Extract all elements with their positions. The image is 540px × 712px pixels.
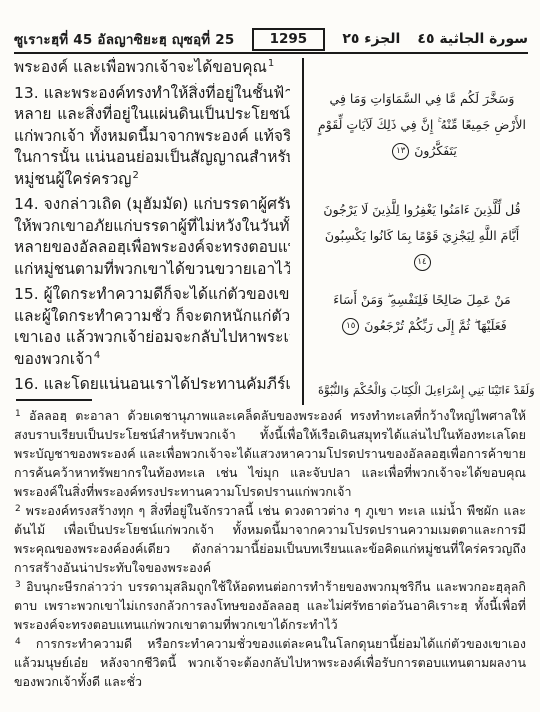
ayah-number-marker: ١٥ — [342, 318, 359, 335]
footnote-1: 1 อัลลอฮฺ ตะอาลา ด้วยเดชานุภาพและเคล็ดลั… — [14, 406, 526, 501]
thai-line: 15. ผู้ใดกระทำความดีก็จะได้แก่ตัวของเขาเ… — [14, 284, 290, 306]
quran-translation-page: ซูเราะฮฺที่ 45 อัลญาซิยะฮฺ ญุซอฺที่ 25 1… — [0, 0, 540, 712]
footnotes-separator — [16, 399, 92, 401]
surah-title-thai: ซูเราะฮฺที่ 45 อัลญาซิยะฮฺ ญุซอฺที่ 25 — [14, 28, 234, 50]
page-header: ซูเราะฮฺที่ 45 อัลญาซิยะฮฺ ญุซอฺที่ 25 1… — [14, 26, 528, 54]
thai-line: 13. และพระองค์ทรงทำให้สิ่งที่อยู่ในชั้นฟ… — [14, 83, 290, 105]
page-body: พระองค์ และเพื่อพวกเจ้าจะได้ขอบคุณ1 13. … — [14, 57, 528, 407]
verse-13-thai: 13. และพระองค์ทรงทำให้สิ่งที่อยู่ในชั้นฟ… — [14, 83, 290, 191]
verse-14-thai: 14. จงกล่าวเถิด (มุฮัมมัด) แก่บรรดาผู้ศร… — [14, 194, 290, 280]
footnotes-section: 1 อัลลอฮฺ ตะอาลา ด้วยเดชานุภาพและเคล็ดลั… — [14, 399, 526, 691]
verse-14-arabic: قُل لِّلَّذِينَ ءَامَنُوا يَغْفِرُوا لِل… — [304, 194, 528, 280]
thai-line: หลาย และสิ่งที่อยู่ในแผ่นดินเป็นประโยชน์ — [14, 104, 290, 126]
thai-line: และผู้ใดกระทำความชั่ว ก็จะตกหนักแก่ตัวขอ… — [14, 306, 290, 328]
thai-line: แก่หมู่ชนตามที่พวกเขาได้ขวนขวายเอาไว้3 — [14, 259, 290, 281]
surah-label-arabic: سورة الجاثية ٤٥ — [417, 31, 528, 47]
thai-line: ของพวกเจ้า4 — [14, 349, 290, 371]
page-number: 1295 — [252, 28, 326, 51]
verse-15-arabic: مَنْ عَمِلَ صَالِحًا فَلِنَفْسِهِ ۖ وَمَ… — [304, 284, 528, 370]
footnote-ref-1: 1 — [268, 58, 274, 69]
thai-line: 16. และโดยแน่นอนเราได้ประทานคัมภีร์และ — [14, 374, 290, 396]
footnote-2: 2 พระองค์ทรงสร้างทุก ๆ สิ่งที่อยู่ในจักร… — [14, 501, 526, 577]
footnote-ref-2: 2 — [133, 170, 139, 181]
thai-line: แก่พวกเจ้า ทั้งหมดนี้มาจากพระองค์ แท้จริ… — [14, 126, 290, 148]
column-divider — [302, 58, 304, 405]
juz-label-arabic: الجزء ٢٥ — [342, 31, 400, 47]
verse-15: 15. ผู้ใดกระทำความดีก็จะได้แก่ตัวของเขาเ… — [14, 284, 528, 370]
footnote-ref-4: 4 — [94, 350, 100, 361]
verse-15-thai: 15. ผู้ใดกระทำความดีก็จะได้แก่ตัวของเขาเ… — [14, 284, 290, 370]
verse-13: 13. และพระองค์ทรงทำให้สิ่งที่อยู่ในชั้นฟ… — [14, 83, 528, 191]
thai-line: 14. จงกล่าวเถิด (มุฮัมมัด) แก่บรรดาผู้ศร… — [14, 194, 290, 216]
ayah-number-marker: ١٣ — [392, 143, 409, 160]
ayah-number-marker: ١٤ — [414, 254, 431, 271]
thai-line: เขาเอง แล้วพวกเจ้าย่อมจะกลับไปหาพระเจ้า — [14, 327, 290, 349]
thai-line: ในการนั้น แน่นอนย่อมเป็นสัญญาณสำหรับ — [14, 147, 290, 169]
thai-line: หลายของอัลลอฮฺเพื่อพระองค์จะทรงตอบแทน — [14, 237, 290, 259]
verse-13-arabic: وَسَخَّرَ لَكُم مَّا فِي السَّمَاوَاتِ و… — [304, 83, 528, 191]
footnote-4: 4 การกระทำความดี หรือกระทำความชั่วของแต่… — [14, 634, 526, 691]
thai-line: หมู่ชนผู้ใคร่ครวญ2 — [14, 169, 290, 191]
thai-line: พระองค์ และเพื่อพวกเจ้าจะได้ขอบคุณ1 — [14, 57, 290, 79]
thai-line: ให้พวกเขาอภัยแก่บรรดาผู้ที่ไม่หวังในวันท… — [14, 216, 290, 238]
footnote-3: 3 อิบนุกะษีรกล่าวว่า บรรดามุสลิมถูกใช้ให… — [14, 577, 526, 634]
verse-12-continuation: พระองค์ และเพื่อพวกเจ้าจะได้ขอบคุณ1 — [14, 57, 528, 79]
verse-14: 14. จงกล่าวเถิด (มุฮัมมัด) แก่บรรดาผู้ศร… — [14, 194, 528, 280]
